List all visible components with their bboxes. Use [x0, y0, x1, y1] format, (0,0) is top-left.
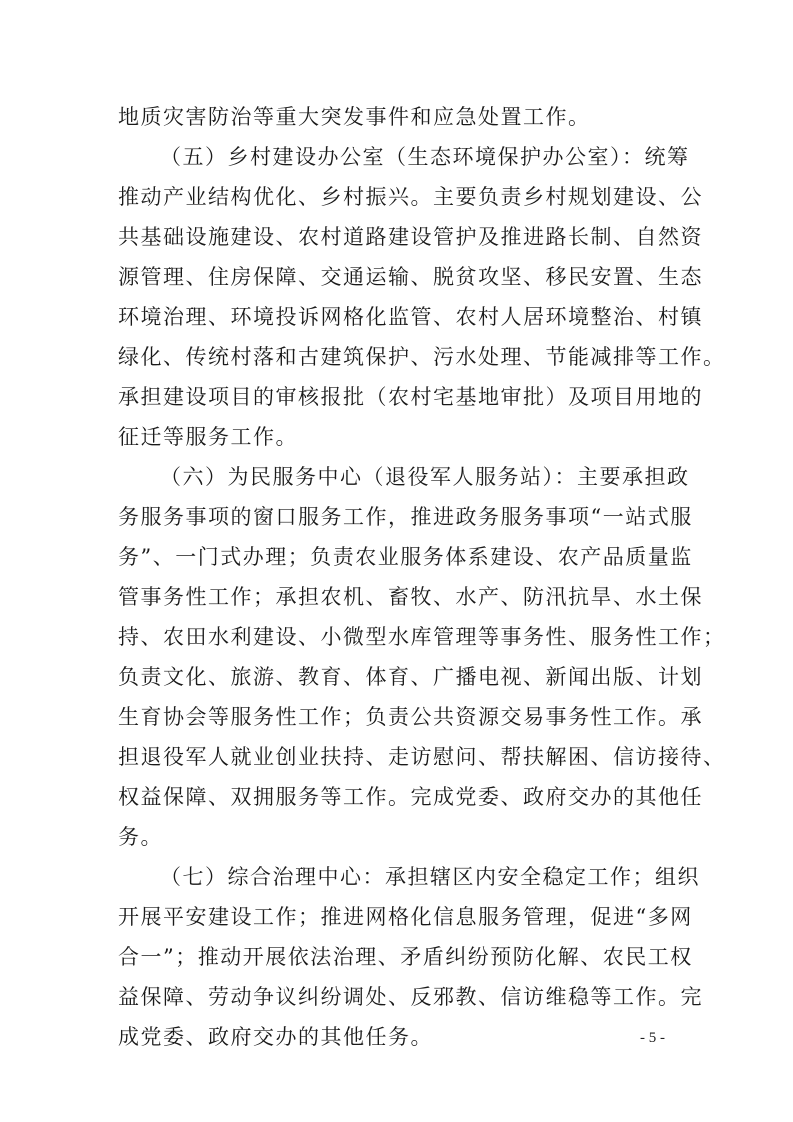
- text-line: 权益保障、双拥服务等工作。完成党委、政府交办的其他任: [118, 777, 680, 817]
- text-line: （六）为民服务中心（退役军人服务站）：主要承担政: [160, 457, 680, 497]
- text-line: 生育协会等服务性工作；负责公共资源交易事务性工作。承: [118, 697, 680, 737]
- text-line: 担退役军人就业创业扶持、走访慰问、帮扶解困、信访接待、: [118, 737, 680, 777]
- text-line: 推动产业结构优化、乡村振兴。主要负责乡村规划建设、公: [118, 177, 680, 217]
- text-line: 益保障、劳动争议纠纷调处、反邪教、信访维稳等工作。完: [118, 977, 680, 1017]
- text-line: 务”、一门式办理；负责农业服务体系建设、农产品质量监: [118, 537, 680, 577]
- text-line: 绿化、传统村落和古建筑保护、污水处理、节能减排等工作。: [118, 337, 680, 377]
- page-number: - 5 -: [640, 1030, 665, 1047]
- text-line: 务。: [118, 817, 680, 857]
- text-line: （五）乡村建设办公室（生态环境保护办公室）：统筹: [160, 137, 680, 177]
- text-line: 环境治理、环境投诉网格化监管、农村人居环境整治、村镇: [118, 297, 680, 337]
- text-line: 地质灾害防治等重大突发事件和应急处置工作。: [118, 97, 680, 137]
- text-line: 负责文化、旅游、教育、体育、广播电视、新闻出版、计划: [118, 657, 680, 697]
- text-line: （七）综合治理中心：承担辖区内安全稳定工作；组织: [160, 857, 680, 897]
- text-line: 成党委、政府交办的其他任务。: [118, 1017, 680, 1057]
- text-line: 开展平安建设工作；推进网格化信息服务管理，促进“多网: [118, 897, 680, 937]
- text-line: 管事务性工作；承担农机、畜牧、水产、防汛抗旱、水土保: [118, 577, 680, 617]
- text-line: 承担建设项目的审核报批（农村宅基地审批）及项目用地的: [118, 377, 680, 417]
- text-line: 共基础设施建设、农村道路建设管护及推进路长制、自然资: [118, 217, 680, 257]
- text-line: 持、农田水利建设、小微型水库管理等事务性、服务性工作；: [118, 617, 680, 657]
- text-line: 合一”；推动开展依法治理、矛盾纠纷预防化解、农民工权: [118, 937, 680, 977]
- text-line: 征迁等服务工作。: [118, 417, 680, 457]
- text-line: 源管理、住房保障、交通运输、脱贫攻坚、移民安置、生态: [118, 257, 680, 297]
- document-page: 地质灾害防治等重大突发事件和应急处置工作。（五）乡村建设办公室（生态环境保护办公…: [0, 0, 793, 1122]
- text-line: 务服务事项的窗口服务工作，推进政务服务事项“一站式服: [118, 497, 680, 537]
